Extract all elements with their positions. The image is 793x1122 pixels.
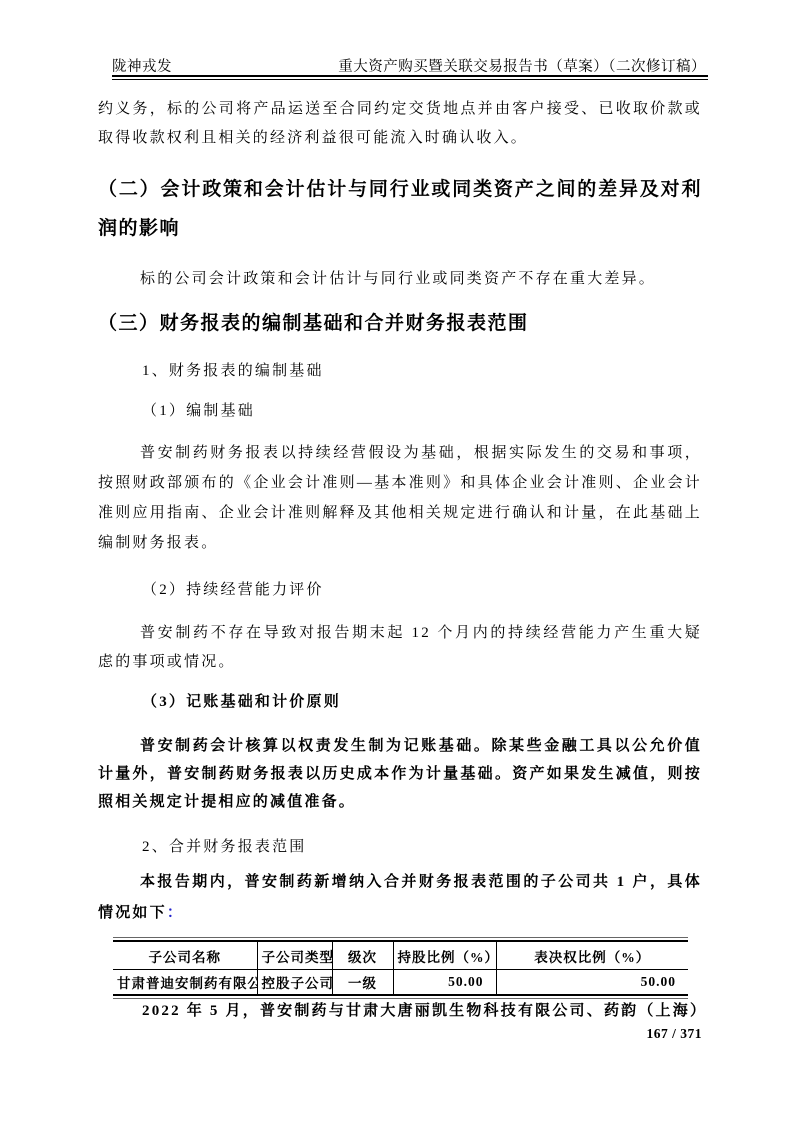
cell-level: 一级 <box>332 970 393 996</box>
list-item-2: 2、合并财务报表范围 <box>98 833 702 862</box>
paragraph-2022-may: 2022 年 5 月，普安制药与甘肃大唐丽凯生物科技有限公司、药韵（上海） <box>98 997 702 1026</box>
document-page: 陇神戎发 重大资产购买暨关联交易报告书（草案）（二次修订稿） 约义务，标的公司将… <box>0 0 793 1122</box>
page-header: 陇神戎发 重大资产购买暨关联交易报告书（草案）（二次修订稿） <box>112 55 706 76</box>
cell-subsidiary-type: 控股子公司 <box>257 970 332 996</box>
consolidation-scope-colon: ： <box>167 905 184 921</box>
col-header-subsidiary-name: 子公司名称 <box>113 941 257 970</box>
cell-voting-ratio: 50.00 <box>496 970 688 996</box>
paragraph-going-concern: 普安制药不存在导致对报告期末起 12 个月内的持续经营能力产生重大疑虑的事项或情… <box>98 619 702 677</box>
header-company-name: 陇神戎发 <box>112 55 172 76</box>
col-header-subsidiary-type: 子公司类型 <box>257 941 332 970</box>
paragraph-bookkeeping-basis: 普安制药会计核算以权责发生制为记账基础。除某些金融工具以公允价值计量外，普安制药… <box>98 732 702 816</box>
cell-shareholding-ratio: 50.00 <box>393 970 496 996</box>
list-sub-item-1-2: （2）持续经营能力评价 <box>98 576 702 605</box>
page-number: 167 / 371 <box>98 1026 702 1042</box>
list-sub-item-1-3: （3）记账基础和计价原则 <box>98 688 702 717</box>
paragraph-revenue-recognition: 约义务，标的公司将产品运送至合同约定交货地点并由客户接受、已收取价款或取得收款权… <box>98 95 702 153</box>
section-heading-2: （二）会计政策和会计估计与同行业或同类资产之间的差异及对利润的影响 <box>98 170 702 248</box>
paragraph-preparation-basis: 普安制药财务报表以持续经营假设为基础，根据实际发生的交易和事项，按照财政部颁布的… <box>98 438 702 558</box>
paragraph-consolidation-scope: 本报告期内，普安制药新增纳入合并财务报表范围的子公司共 1 户，具体情况如下： <box>98 867 702 929</box>
list-sub-item-1-1: （1）编制基础 <box>98 397 702 426</box>
consolidation-scope-text: 本报告期内，普安制药新增纳入合并财务报表范围的子公司共 1 户，具体情况如下 <box>98 874 702 921</box>
col-header-shareholding-ratio: 持股比例（%） <box>393 941 496 970</box>
table-header-row: 子公司名称 子公司类型 级次 持股比例（%） 表决权比例（%） <box>113 941 688 970</box>
header-rule-thin <box>112 79 708 80</box>
list-item-1: 1、财务报表的编制基础 <box>98 357 702 386</box>
col-header-level: 级次 <box>332 941 393 970</box>
section-heading-3: （三）财务报表的编制基础和合并财务报表范围 <box>98 304 702 343</box>
header-rule-thick <box>112 75 708 77</box>
subsidiaries-table: 子公司名称 子公司类型 级次 持股比例（%） 表决权比例（%） 甘肃普迪安制药有… <box>113 940 688 996</box>
table-row: 甘肃普迪安制药有限公司 控股子公司 一级 50.00 50.00 <box>113 970 688 996</box>
subsidiaries-table-wrapper: 子公司名称 子公司类型 级次 持股比例（%） 表决权比例（%） 甘肃普迪安制药有… <box>113 937 688 999</box>
col-header-voting-ratio: 表决权比例（%） <box>496 941 688 970</box>
paragraph-no-difference: 标的公司会计政策和会计估计与同行业或同类资产不存在重大差异。 <box>98 265 702 294</box>
header-doc-title: 重大资产购买暨关联交易报告书（草案）（二次修订稿） <box>338 55 706 76</box>
cell-subsidiary-name: 甘肃普迪安制药有限公司 <box>113 970 257 996</box>
